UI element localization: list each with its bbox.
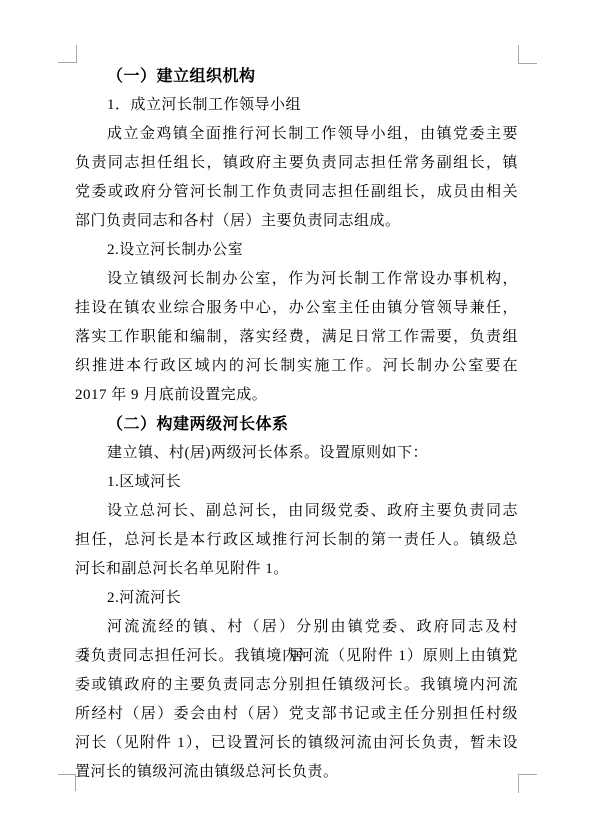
document-page: （一）建立组织机构 1．成立河长制工作领导小组 成立金鸡镇全面推行河长制工作领导… [0, 0, 594, 834]
paragraph-line: 委负责同志担任河长。我镇境内河流（见附件 1）原则上由镇党 [75, 642, 518, 671]
section-heading-1: （一）建立组织机构 [75, 62, 518, 91]
margin-crop-mark-bottom-right [518, 774, 537, 793]
paragraph-line: 置河长的镇级河流由镇级总河长负责。 [75, 758, 518, 787]
paragraph-line: 落实工作职能和编制，落实经费，满足日常工作需要，负责组 [75, 323, 518, 352]
paragraph-line: 河长（见附件 1），已设置河长的镇级河流由河长负责，暂未设 [75, 729, 518, 758]
paragraph-line: 部门负责同志和各村（居）主要负责同志组成。 [75, 207, 518, 236]
numbered-item-2-1: 1.区域河长 [75, 468, 518, 497]
paragraph-line: 党委或政府分管河长制工作负责同志担任副组长，成员由相关 [75, 178, 518, 207]
numbered-item-1-1: 1．成立河长制工作领导小组 [75, 91, 518, 120]
margin-crop-mark-top-left [58, 45, 77, 63]
paragraph-line: 设立总河长、副总河长，由同级党委、政府主要负责同志 [75, 497, 518, 526]
paragraph-line: 担任，总河长是本行政区域推行河长制的第一责任人。镇级总 [75, 526, 518, 555]
paragraph-line: 所经村（居）委会由村（居）党支部书记或主任分别担任村级 [75, 700, 518, 729]
paragraph-line: 挂设在镇农业综合服务中心，办公室主任由镇分管领导兼任， [75, 294, 518, 323]
section-heading-2: （二）构建两级河长体系 [75, 410, 518, 439]
paragraph-line: 织推进本行政区域内的河长制实施工作。河长制办公室要在 [75, 352, 518, 381]
paragraph-line: 河长和副总河长名单见附件 1。 [75, 555, 518, 584]
paragraph-line: 成立金鸡镇全面推行河长制工作领导小组，由镇党委主要 [75, 120, 518, 149]
paragraph-line: 2017 年 9 月底前设置完成。 [75, 381, 518, 410]
paragraph-line: 设立镇级河长制办公室，作为河长制工作常设办事机构， [75, 265, 518, 294]
margin-crop-mark-bottom-left [58, 774, 76, 791]
paragraph-line: 河流流经的镇、村（居）分别由镇党委、政府同志及村（居） [75, 613, 518, 642]
numbered-item-1-2: 2.设立河长制办公室 [75, 236, 518, 265]
paragraph-line: 建立镇、村(居)两级河长体系。设置原则如下： [75, 439, 518, 468]
numbered-item-2-2: 2.河流河长 [75, 584, 518, 613]
paragraph-line: 负责同志担任组长，镇政府主要负责同志担任常务副组长，镇 [75, 149, 518, 178]
paragraph-line: 委或镇政府的主要负责同志分别担任镇级河长。我镇境内河流 [75, 671, 518, 700]
margin-crop-mark-top-right [518, 45, 537, 64]
document-content: （一）建立组织机构 1．成立河长制工作领导小组 成立金鸡镇全面推行河长制工作领导… [75, 62, 518, 787]
